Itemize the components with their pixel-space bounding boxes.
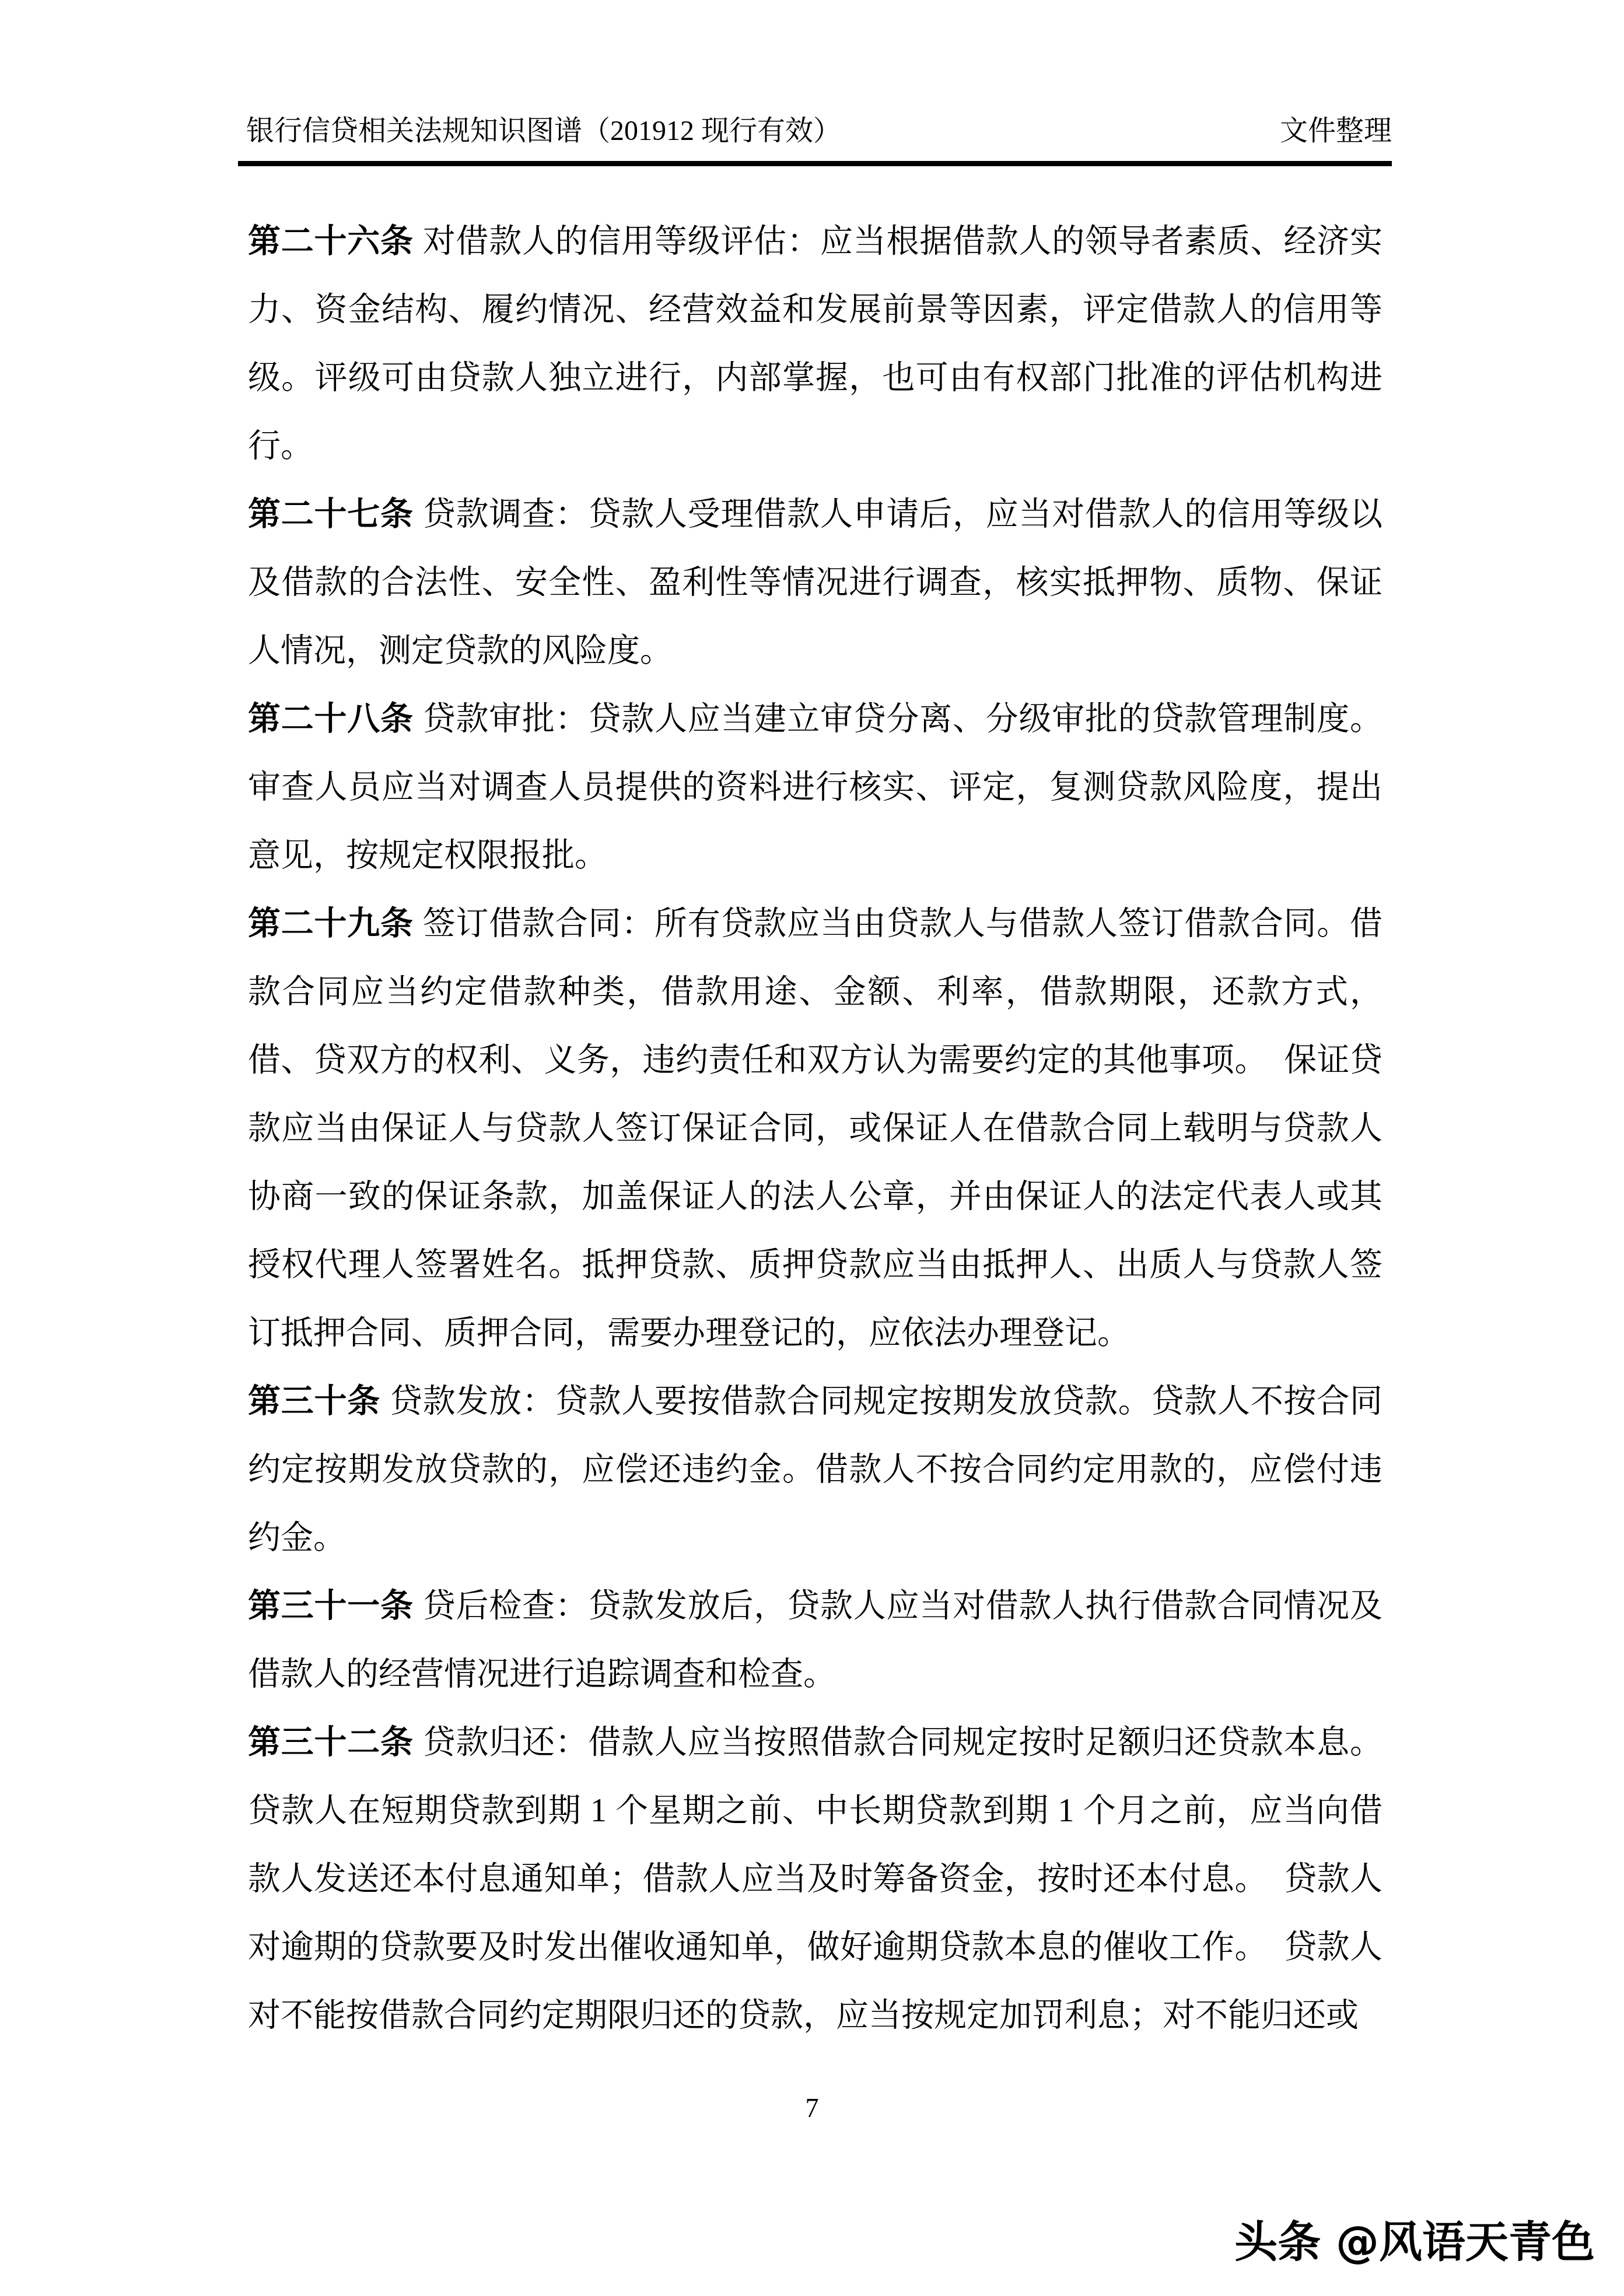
article-paragraph: 第二十八条贷款审批：贷款人应当建立审贷分离、分级审批的贷款管理制度。审查人员应当… xyxy=(248,685,1382,890)
article-text: 对借款人的信用等级评估：应当根据借款人的领导者素质、经济实力、资金结构、履约情况… xyxy=(248,223,1382,464)
header-divider xyxy=(238,161,1392,166)
article-paragraph: 第二十六条对借款人的信用等级评估：应当根据借款人的领导者素质、经济实力、资金结构… xyxy=(248,208,1382,481)
article-text: 贷款归还：借款人应当按照借款合同规定按时足额归还贷款本息。贷款人在短期贷款到期 … xyxy=(248,1724,1382,2034)
article-number: 第二十六条 xyxy=(248,223,414,260)
watermark: 头条 @风语天青色 xyxy=(1234,2216,1595,2269)
article-text: 贷款审批：贷款人应当建立审贷分离、分级审批的贷款管理制度。审查人员应当对调查人员… xyxy=(248,701,1382,874)
article-paragraph: 第二十七条贷款调查：贷款人受理借款人申请后，应当对借款人的信用等级以及借款的合法… xyxy=(248,481,1382,685)
article-paragraph: 第三十一条贷后检查：贷款发放后，贷款人应当对借款人执行借款合同情况及借款人的经营… xyxy=(248,1572,1382,1709)
page-header: 银行信贷相关法规知识图谱（201912 现行有效） 文件整理 xyxy=(246,114,1392,148)
article-number: 第二十八条 xyxy=(248,701,414,737)
article-number: 第二十九条 xyxy=(248,906,414,942)
header-label: 文件整理 xyxy=(1280,114,1392,148)
article-text: 贷款发放：贷款人要按借款合同规定按期发放贷款。贷款人不按合同约定按期发放贷款的，… xyxy=(248,1383,1382,1556)
document-page: 银行信贷相关法规知识图谱（201912 现行有效） 文件整理 第二十六条对借款人… xyxy=(0,0,1624,2296)
article-number: 第二十七条 xyxy=(248,496,414,532)
document-body: 第二十六条对借款人的信用等级评估：应当根据借款人的领导者素质、经济实力、资金结构… xyxy=(248,208,1382,2050)
article-text: 贷款调查：贷款人受理借款人申请后，应当对借款人的信用等级以及借款的合法性、安全性… xyxy=(248,496,1382,669)
article-number: 第三十一条 xyxy=(248,1588,414,1624)
page-number: 7 xyxy=(0,2091,1624,2126)
document-title: 银行信贷相关法规知识图谱（201912 现行有效） xyxy=(246,114,841,148)
article-paragraph: 第三十二条贷款归还：借款人应当按照借款合同规定按时足额归还贷款本息。贷款人在短期… xyxy=(248,1709,1382,2050)
article-number: 第三十二条 xyxy=(248,1724,414,1761)
article-text: 签订借款合同：所有贷款应当由贷款人与借款人签订借款合同。借款合同应当约定借款种类… xyxy=(248,906,1382,1351)
article-text: 贷后检查：贷款发放后，贷款人应当对借款人执行借款合同情况及借款人的经营情况进行追… xyxy=(248,1588,1382,1692)
article-number: 第三十条 xyxy=(248,1383,380,1419)
article-paragraph: 第二十九条签订借款合同：所有贷款应当由贷款人与借款人签订借款合同。借款合同应当约… xyxy=(248,890,1382,1368)
article-paragraph: 第三十条贷款发放：贷款人要按借款合同规定按期发放贷款。贷款人不按合同约定按期发放… xyxy=(248,1368,1382,1572)
